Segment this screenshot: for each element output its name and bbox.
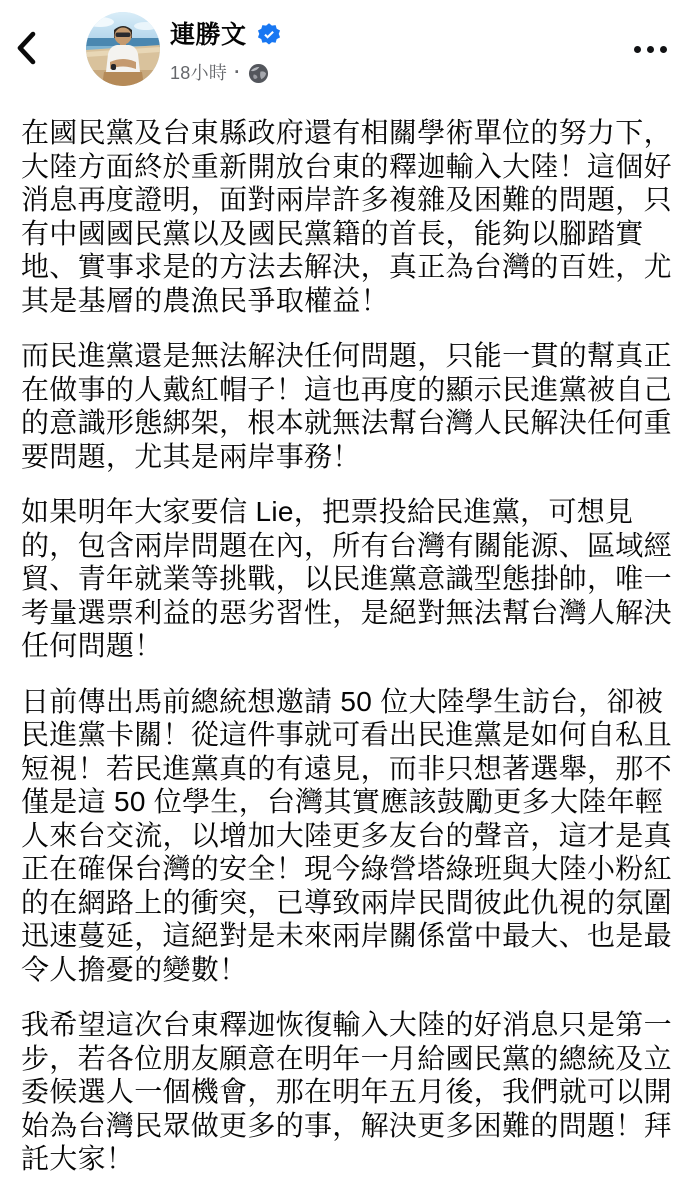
author-block: 連勝文 18小時 · — [170, 12, 634, 85]
avatar[interactable] — [86, 12, 160, 86]
post-paragraph: 在國民黨及台東縣政府還有相關學術單位的努力下，大陸方面終於重新開放台東的釋迦輸入… — [21, 116, 675, 317]
verified-badge-icon — [256, 22, 282, 48]
post-header: 連勝文 18小時 · — [0, 0, 696, 86]
post-meta: 18小時 · — [170, 59, 634, 85]
post-paragraph: 日前傳出馬前總統想邀請 50 位大陸學生訪台，卻被民進黨卡關！從這件事就可看出民… — [21, 685, 675, 987]
meta-separator: · — [234, 62, 240, 83]
globe-icon — [248, 63, 269, 84]
chevron-left-icon — [16, 31, 36, 68]
back-button[interactable] — [16, 12, 50, 86]
more-options-button[interactable] — [634, 12, 680, 86]
author-name[interactable]: 連勝文 — [170, 20, 247, 50]
post-paragraph: 而民進黨還是無法解決任何問題，只能一貫的幫真正在做事的人戴紅帽子！這也再度的顯示… — [21, 339, 675, 473]
ellipsis-icon — [634, 46, 667, 53]
post-paragraph: 如果明年大家要信 Lie，把票投給民進黨，可想見的，包含兩岸問題在內，所有台灣有… — [21, 495, 675, 663]
timestamp: 18小時 — [170, 59, 227, 85]
post-paragraph: 我希望這次台東釋迦恢復輸入大陸的好消息只是第一步，若各位朋友願意在明年一月給國民… — [21, 1008, 675, 1176]
post-content: 在國民黨及台東縣政府還有相關學術單位的努力下，大陸方面終於重新開放台東的釋迦輸入… — [0, 116, 696, 1176]
